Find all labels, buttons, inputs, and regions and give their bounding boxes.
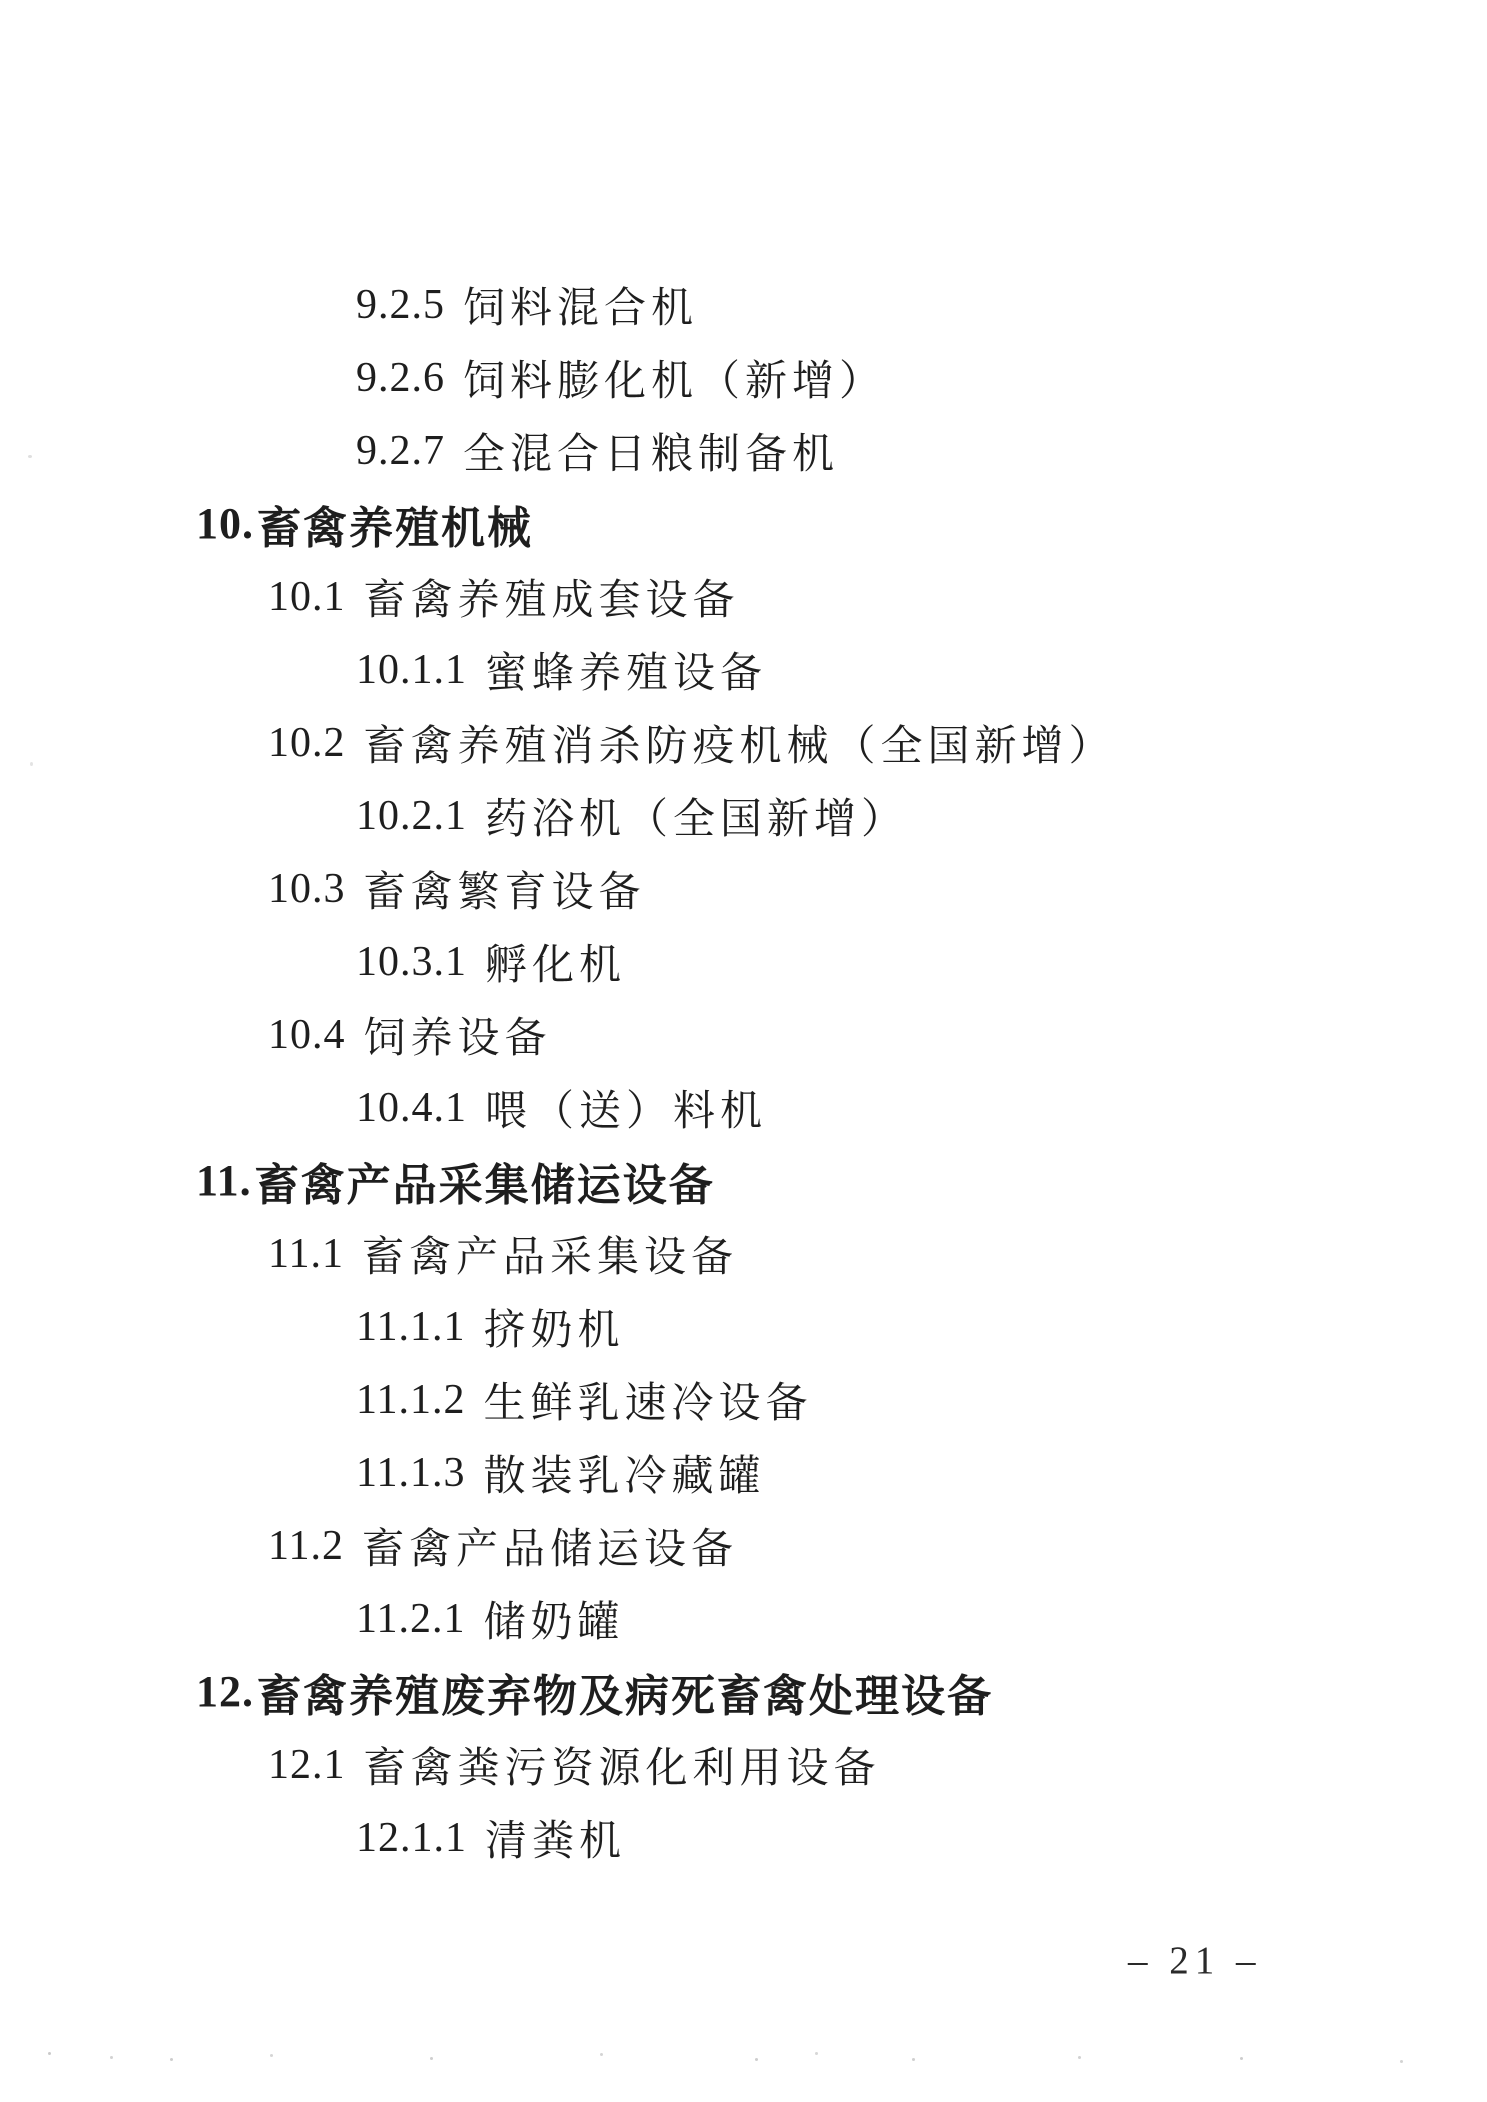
item-label: 挤奶机: [483, 1297, 624, 1357]
list-item: 11.1.1 挤奶机: [0, 1290, 1487, 1363]
item-label: 生鲜乳速冷设备: [483, 1370, 812, 1430]
item-label: 畜禽养殖成套设备: [364, 567, 740, 627]
item-label: 饲料膨化机（新增）: [463, 348, 886, 408]
item-number: 9.2.5: [356, 281, 445, 329]
item-number: 10.4: [268, 1011, 346, 1059]
item-label: 喂（送）料机: [485, 1078, 767, 1138]
list-item: 10.1 畜禽养殖成套设备: [0, 560, 1487, 633]
list-item: 11.2 畜禽产品储运设备: [0, 1509, 1487, 1582]
item-number: 10.4.1: [356, 1084, 467, 1132]
item-label: 散装乳冷藏罐: [483, 1443, 765, 1503]
item-number: 10.3.1: [356, 938, 467, 986]
item-number: 10.: [196, 498, 254, 549]
list-item: 12.1 畜禽粪污资源化利用设备: [0, 1728, 1487, 1801]
item-number: 9.2.6: [356, 354, 445, 402]
item-number: 11.: [196, 1155, 252, 1206]
item-number: 10.1: [268, 573, 346, 621]
list-item: 10.2.1 药浴机（全国新增）: [0, 779, 1487, 852]
scan-artifact: [30, 762, 33, 766]
list-item: 12. 畜禽养殖废弃物及病死畜禽处理设备: [0, 1655, 1487, 1728]
list-item: 11.2.1 储奶罐: [0, 1582, 1487, 1655]
list-item: 10.4 饲养设备: [0, 998, 1487, 1071]
document-page: 9.2.5 饲料混合机 9.2.6 饲料膨化机（新增） 9.2.7 全混合日粮制…: [0, 0, 1487, 2102]
item-label: 畜禽养殖消杀防疫机械（全国新增）: [364, 713, 1116, 773]
scan-artifact: [48, 2052, 51, 2055]
item-label: 畜禽养殖机械: [257, 492, 533, 556]
outline-list: 9.2.5 饲料混合机 9.2.6 饲料膨化机（新增） 9.2.7 全混合日粮制…: [0, 268, 1487, 1874]
list-item: 11. 畜禽产品采集储运设备: [0, 1144, 1487, 1217]
item-label: 畜禽产品采集储运设备: [255, 1149, 715, 1213]
list-item: 11.1.2 生鲜乳速冷设备: [0, 1363, 1487, 1436]
list-item: 9.2.6 饲料膨化机（新增）: [0, 341, 1487, 414]
item-number: 12.1.1: [356, 1814, 467, 1862]
list-item: 11.1.3 散装乳冷藏罐: [0, 1436, 1487, 1509]
item-number: 12.: [196, 1666, 254, 1717]
item-label: 药浴机（全国新增）: [485, 786, 908, 846]
item-label: 全混合日粮制备机: [463, 421, 839, 481]
item-number: 11.1.3: [356, 1449, 465, 1497]
item-label: 畜禽产品采集设备: [362, 1224, 738, 1284]
page-number: – 21 –: [1128, 1938, 1262, 1983]
item-number: 10.2: [268, 719, 346, 767]
item-number: 11.1: [268, 1230, 344, 1278]
item-label: 蜜蜂养殖设备: [485, 640, 767, 700]
item-number: 10.1.1: [356, 646, 467, 694]
item-label: 畜禽繁育设备: [364, 859, 646, 919]
item-number: 12.1: [268, 1741, 346, 1789]
list-item: 10.1.1 蜜蜂养殖设备: [0, 633, 1487, 706]
item-label: 饲养设备: [364, 1005, 552, 1065]
item-label: 畜禽产品储运设备: [362, 1516, 738, 1576]
item-number: 9.2.7: [356, 427, 445, 475]
item-label: 畜禽养殖废弃物及病死畜禽处理设备: [257, 1660, 993, 1724]
item-label: 清粪机: [485, 1808, 626, 1868]
list-item: 10.4.1 喂（送）料机: [0, 1071, 1487, 1144]
item-number: 10.3: [268, 865, 346, 913]
list-item: 10.3 畜禽繁育设备: [0, 852, 1487, 925]
list-item: 9.2.5 饲料混合机: [0, 268, 1487, 341]
item-number: 11.2: [268, 1522, 344, 1570]
scan-artifact: [28, 455, 32, 458]
list-item: 12.1.1 清粪机: [0, 1801, 1487, 1874]
item-number: 11.2.1: [356, 1595, 465, 1643]
item-number: 11.1.2: [356, 1376, 465, 1424]
item-number: 10.2.1: [356, 792, 467, 840]
list-item: 10.2 畜禽养殖消杀防疫机械（全国新增）: [0, 706, 1487, 779]
item-label: 畜禽粪污资源化利用设备: [364, 1735, 881, 1795]
item-number: 11.1.1: [356, 1303, 465, 1351]
list-item: 10. 畜禽养殖机械: [0, 487, 1487, 560]
item-label: 储奶罐: [483, 1589, 624, 1649]
list-item: 11.1 畜禽产品采集设备: [0, 1217, 1487, 1290]
item-label: 饲料混合机: [463, 275, 698, 335]
list-item: 10.3.1 孵化机: [0, 925, 1487, 998]
list-item: 9.2.7 全混合日粮制备机: [0, 414, 1487, 487]
item-label: 孵化机: [485, 932, 626, 992]
